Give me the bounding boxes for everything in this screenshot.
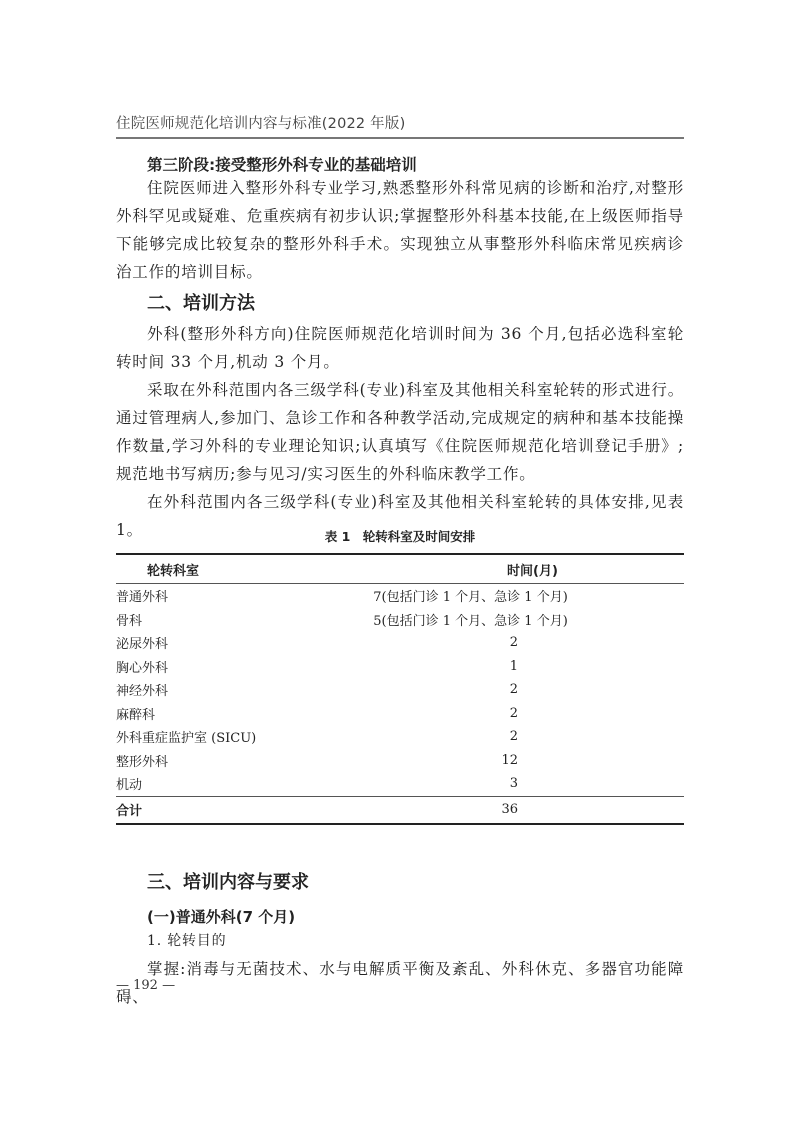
table-row: 外科重症监护室 (SICU) 2	[116, 725, 684, 749]
section2-paragraph-1: 外科(整形外科方向)住院医师规范化培训时间为 36 个月,包括必选科室轮转时间 …	[116, 320, 684, 376]
dept-cell: 整形外科	[116, 751, 366, 770]
section2-paragraph-2: 采取在外科范围内各三级学科(专业)科室及其他相关科室轮转的形式进行。通过管理病人…	[116, 376, 684, 488]
dept-cell: 外科重症监护室 (SICU)	[116, 727, 366, 746]
dept-cell: 机动	[116, 774, 366, 793]
table-row: 整形外科 12	[116, 749, 684, 773]
months-cell: 7(包括门诊 1 个月、急诊 1 个月)	[360, 586, 684, 605]
dept-cell: 泌尿外科	[116, 633, 366, 652]
section2-heading: 二、培训方法	[147, 289, 255, 315]
dept-cell: 普通外科	[116, 586, 360, 605]
table-header-row: 轮转科室 时间(月)	[116, 555, 684, 583]
running-header: 住院医师规范化培训内容与标准(2022 年版)	[116, 112, 405, 133]
table-caption: 表 1 轮转科室及时间安排	[116, 527, 684, 545]
months-cell: 12	[366, 753, 518, 768]
dept-cell: 胸心外科	[116, 657, 366, 676]
months-cell: 2	[366, 635, 518, 650]
header-dept: 轮转科室	[116, 560, 366, 579]
table-row: 骨科 5(包括门诊 1 个月、急诊 1 个月)	[116, 608, 684, 632]
table-row: 胸心外科 1	[116, 655, 684, 679]
stage3-paragraph: 住院医师进入整形外科专业学习,熟悉整形外科常见病的诊断和治疗,对整形外科罕见或疑…	[116, 174, 684, 286]
table-row: 神经外科 2	[116, 678, 684, 702]
section3-subheading: (一)普通外科(7 个月)	[147, 906, 295, 927]
dept-cell: 神经外科	[116, 680, 366, 699]
dept-cell: 骨科	[116, 610, 360, 629]
table-row: 麻醉科 2	[116, 702, 684, 726]
table-row: 普通外科 7(包括门诊 1 个月、急诊 1 个月)	[116, 584, 684, 608]
dept-cell: 麻醉科	[116, 704, 366, 723]
header-rule	[116, 137, 684, 139]
total-label: 合计	[116, 800, 366, 819]
months-cell: 2	[366, 682, 518, 697]
months-cell: 5(包括门诊 1 个月、急诊 1 个月)	[360, 610, 684, 629]
months-cell: 1	[366, 659, 518, 674]
months-cell: 3	[366, 776, 518, 791]
total-months: 36	[366, 802, 518, 817]
stage3-heading: 第三阶段:接受整形外科专业的基础培训	[147, 153, 417, 175]
section3-item1: 1. 轮转目的	[116, 927, 684, 955]
section3-heading: 三、培训内容与要求	[147, 868, 309, 894]
table-bottom-rule	[116, 823, 684, 825]
months-cell: 2	[366, 729, 518, 744]
table-row: 泌尿外科 2	[116, 631, 684, 655]
page-number: — 192 —	[116, 978, 175, 993]
header-months: 时间(月)	[366, 560, 684, 579]
section3-paragraph: 掌握:消毒与无菌技术、水与电解质平衡及紊乱、外科休克、多器官功能障碍、	[116, 955, 684, 1011]
rotation-table: 轮转科室 时间(月) 普通外科 7(包括门诊 1 个月、急诊 1 个月) 骨科 …	[116, 553, 684, 825]
table-row: 机动 3	[116, 772, 684, 796]
months-cell: 2	[366, 706, 518, 721]
table-total-row: 合计 36	[116, 797, 684, 823]
